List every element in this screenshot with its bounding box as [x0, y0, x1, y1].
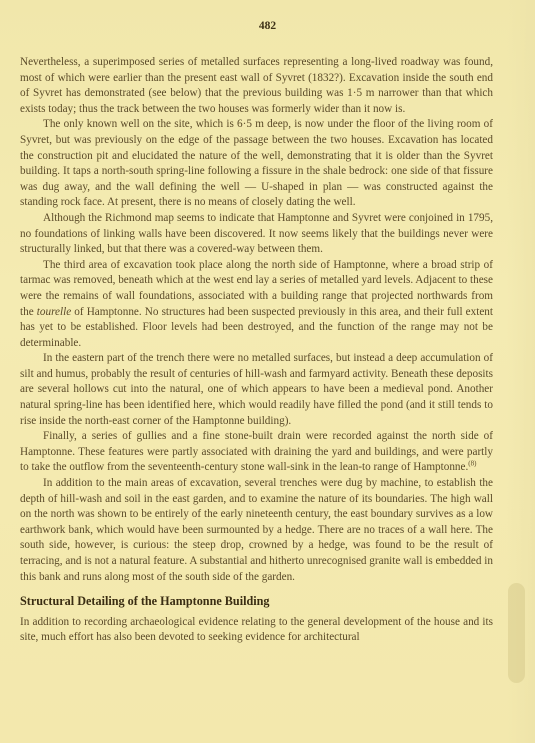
- page-shadow: [508, 583, 525, 683]
- paragraph-gullies: Finally, a series of gullies and a fine …: [20, 429, 493, 476]
- paragraph-richmond-map: Although the Richmond map seems to indic…: [20, 211, 493, 258]
- page-number: 482: [0, 20, 535, 32]
- paragraph-eastern-trench: In the eastern part of the trench there …: [20, 351, 493, 429]
- footnote-marker[interactable]: (8): [468, 460, 476, 468]
- section-heading: Structural Detailing of the Hamptonne Bu…: [20, 594, 493, 610]
- paragraph-structural-detailing: In addition to recording archaeological …: [20, 615, 493, 646]
- document-page: 482 Nevertheless, a superimposed series …: [0, 0, 535, 743]
- paragraph-well: The only known well on the site, which i…: [20, 117, 493, 211]
- paragraph-third-area: The third area of excavation took place …: [20, 258, 493, 352]
- paragraph-trenches: In addition to the main areas of excavat…: [20, 476, 493, 585]
- paragraph-third-area-part2: of Hamptonne. No structures had been sus…: [20, 306, 493, 349]
- paragraph-roadway: Nevertheless, a superimposed series of m…: [20, 55, 493, 117]
- body-text: Nevertheless, a superimposed series of m…: [20, 55, 493, 646]
- paragraph-gullies-text: Finally, a series of gullies and a fine …: [20, 430, 493, 473]
- tourelle-italic: tourelle: [37, 306, 71, 318]
